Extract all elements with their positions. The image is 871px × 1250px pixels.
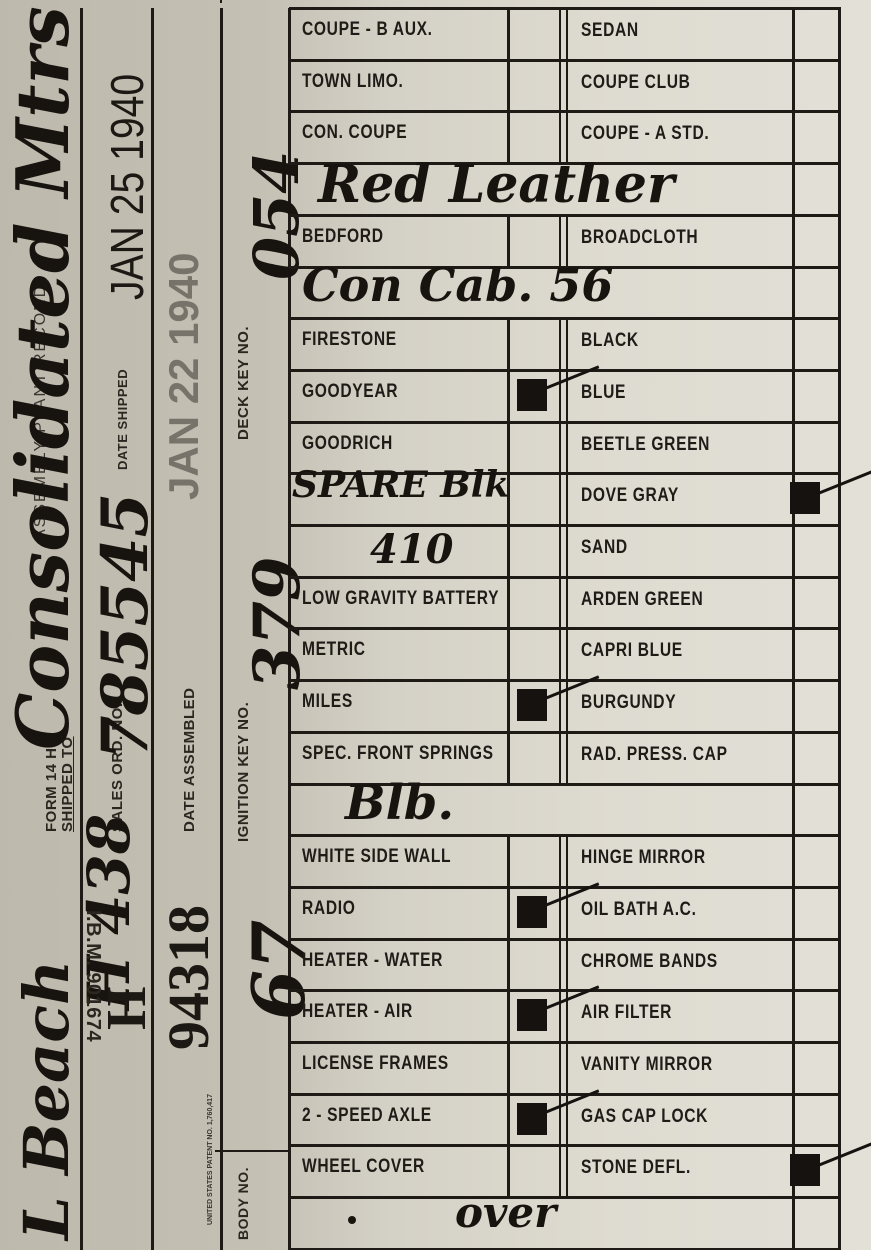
grid-rule [566,7,568,60]
grid-row-rule [289,627,841,630]
option-checkbox-right[interactable] [795,527,838,576]
grid-rule [566,472,568,525]
handwritten-note: Blb. [345,775,454,831]
option-checkbox-right[interactable] [795,10,838,59]
option-label-right: ARDEN GREEN [581,589,703,611]
option-checkbox-right[interactable] [795,1044,838,1093]
check-mark-icon [517,999,547,1031]
dot-mark [348,1216,356,1224]
grid-row-rule [289,679,841,682]
option-label-right: SAND [581,537,628,559]
grid-rule [559,1041,561,1094]
grid-rule [566,938,568,991]
date-assembled-value: JAN 22 1940 [160,252,208,500]
grid-rule [566,1041,568,1094]
option-label-right: COUPE - A STD. [581,123,709,145]
grid-row-rule [289,421,841,424]
handwritten-note: over [455,1188,556,1237]
check-mark-icon [517,1103,547,1135]
option-label-left: TOWN LIMO. [302,71,403,93]
option-label-left: SPARE Blk [292,464,509,506]
option-checkbox-right[interactable] [795,630,838,679]
grid-rule [559,524,561,577]
grid-rule [559,731,561,784]
option-label-right: COUPE CLUB [581,72,691,94]
grid-rule [559,1093,561,1146]
shipped-to-label: SHIPPED TO [60,736,75,832]
grid-rule [559,886,561,939]
check-mark-icon [790,1154,820,1186]
grid-rule [566,524,568,577]
body-no-label: BODY NO. [236,1167,251,1240]
grid-rule [566,59,568,112]
option-label-right: BLACK [581,330,639,352]
option-checkbox-right[interactable] [795,889,838,938]
grid-row-rule [289,1041,841,1044]
deck-key-label: DECK KEY NO. [236,326,251,440]
grid-rule [559,576,561,629]
grid-rule [559,59,561,112]
grid-row-rule [289,1144,841,1147]
option-label-left: WHITE SIDE WALL [302,846,451,868]
grid-row-rule [289,1093,841,1096]
patent-text: UNITED STATES PATENT NO. 1,760,417 [207,1094,214,1225]
option-checkbox-right[interactable] [795,217,838,266]
option-label-left: LOW GRAVITY BATTERY [302,588,499,610]
grid-rule [559,679,561,732]
option-label-right: CHROME BANDS [581,951,718,973]
option-label-left: 410 [370,526,454,573]
option-label-right: OIL BATH A.C. [581,899,697,921]
option-checkbox-left[interactable] [510,630,559,679]
handwritten-note: Con Cab. 56 [302,258,613,312]
option-label-left: HEATER - WATER [302,950,443,972]
option-label-left: LICENSE FRAMES [302,1053,449,1075]
option-checkbox-left[interactable] [510,837,559,886]
grid-rule [559,317,561,370]
grid-rule [559,938,561,991]
option-label-left: BEDFORD [302,226,384,248]
assembly-plant-record-card: FORM 14 H SHIPPED TO ASSEMBLY PLANT RECO… [0,0,871,1250]
ignition-key-label: IGNITION KEY NO. [236,702,251,842]
option-label-right: AIR FILTER [581,1002,672,1024]
option-checkbox-right[interactable] [795,424,838,473]
option-checkbox-right[interactable] [795,62,838,111]
option-checkbox-right[interactable] [795,682,838,731]
option-label-right: BURGUNDY [581,692,676,714]
option-checkbox-right[interactable] [795,1096,838,1145]
grid-row-rule [289,886,841,889]
sales-order-value: 785545 [88,493,163,760]
grid-rule [566,421,568,474]
option-checkbox-right[interactable] [795,320,838,369]
date-shipped-label: DATE SHIPPED [115,369,130,470]
option-label-left: HEATER - AIR [302,1001,413,1023]
grid-row-rule [289,576,841,579]
grid-row-rule [289,989,841,992]
option-checkbox-right[interactable] [795,837,838,886]
option-checkbox-left[interactable] [510,734,559,783]
option-label-left: COUPE - B AUX. [302,19,433,41]
option-checkbox-right[interactable] [795,579,838,628]
option-checkbox-left[interactable] [510,475,559,524]
grid-row-rule [289,7,841,10]
grid-rule [566,1144,568,1197]
grid-row-rule [289,938,841,941]
body-no-rule [215,1150,290,1152]
check-mark-icon [517,689,547,721]
option-checkbox-left[interactable] [510,424,559,473]
date-assembled-label: DATE ASSEMBLED [182,687,197,832]
grid-row-rule [289,317,841,320]
option-label-left: RADIO [302,898,355,920]
option-label-right: CAPRI BLUE [581,640,683,662]
option-checkbox-left[interactable] [510,527,559,576]
grid-rule [559,421,561,474]
grid-row-rule [289,369,841,372]
shipped-to-value: Consolidated Mtrs [0,6,85,750]
option-label-right: STONE DEFL. [581,1157,691,1179]
body-number: 94318 [155,905,222,1050]
divider [220,0,222,3]
option-checkbox-left[interactable] [510,62,559,111]
form-number-label: FORM 14 H [44,747,59,832]
option-checkbox-left[interactable] [510,579,559,628]
option-checkbox-right[interactable] [795,941,838,990]
check-mark-icon [517,379,547,411]
handwritten-note: Red Leather [318,154,674,215]
option-label-left: FIRESTONE [302,329,397,351]
grid-rule [559,472,561,525]
grid-rule [559,369,561,422]
grid-rule [559,834,561,887]
grid-rule [566,576,568,629]
grid-row-rule [289,110,841,113]
option-checkbox-right[interactable] [795,372,838,421]
date-shipped-value: JAN 25 1940 [100,74,154,300]
option-label-right: BLUE [581,382,626,404]
option-label-right: SEDAN [581,20,639,42]
option-label-right: DOVE GRAY [581,485,679,507]
option-label-right: BROADCLOTH [581,227,698,249]
option-checkbox-left[interactable] [510,10,559,59]
grid-row-rule [289,59,841,62]
check-mark-icon [790,482,820,514]
option-checkbox-right[interactable] [795,113,838,162]
grid-row-rule [289,1196,841,1199]
shipped-to-extra: L Beach [10,960,83,1240]
option-label-right: HINGE MIRROR [581,847,706,869]
grid-rule [566,627,568,680]
option-checkbox-left[interactable] [510,941,559,990]
grid-rule [559,989,561,1042]
grid-row-rule [289,834,841,837]
grid-rule [566,731,568,784]
option-label-right: GAS CAP LOCK [581,1106,708,1128]
option-checkbox-right[interactable] [795,992,838,1041]
column-rule [220,8,223,1250]
option-label-right: BEETLE GREEN [581,434,710,456]
option-checkbox-left[interactable] [510,320,559,369]
grid-right-border [838,7,841,1250]
option-label-left: METRIC [302,639,366,661]
option-label-left: CON. COUPE [302,122,407,144]
option-label-left: WHEEL COVER [302,1156,425,1178]
grid-rule [559,627,561,680]
option-checkbox-left[interactable] [510,1044,559,1093]
grid-rule [559,1144,561,1197]
option-label-left: GOODYEAR [302,381,398,403]
grid-rule [566,834,568,887]
option-label-left: 2 - SPEED AXLE [302,1105,432,1127]
option-label-right: VANITY MIRROR [581,1054,713,1076]
option-label-left: SPEC. FRONT SPRINGS [302,743,494,765]
option-label-right: RAD. PRESS. CAP [581,744,728,766]
grid-row-rule [289,731,841,734]
body-prefix: H [95,986,159,1030]
option-label-left: GOODRICH [302,433,393,455]
check-mark-icon [517,896,547,928]
grid-rule [566,317,568,370]
option-label-left: MILES [302,691,353,713]
option-checkbox-right[interactable] [795,734,838,783]
grid-rule [559,7,561,60]
